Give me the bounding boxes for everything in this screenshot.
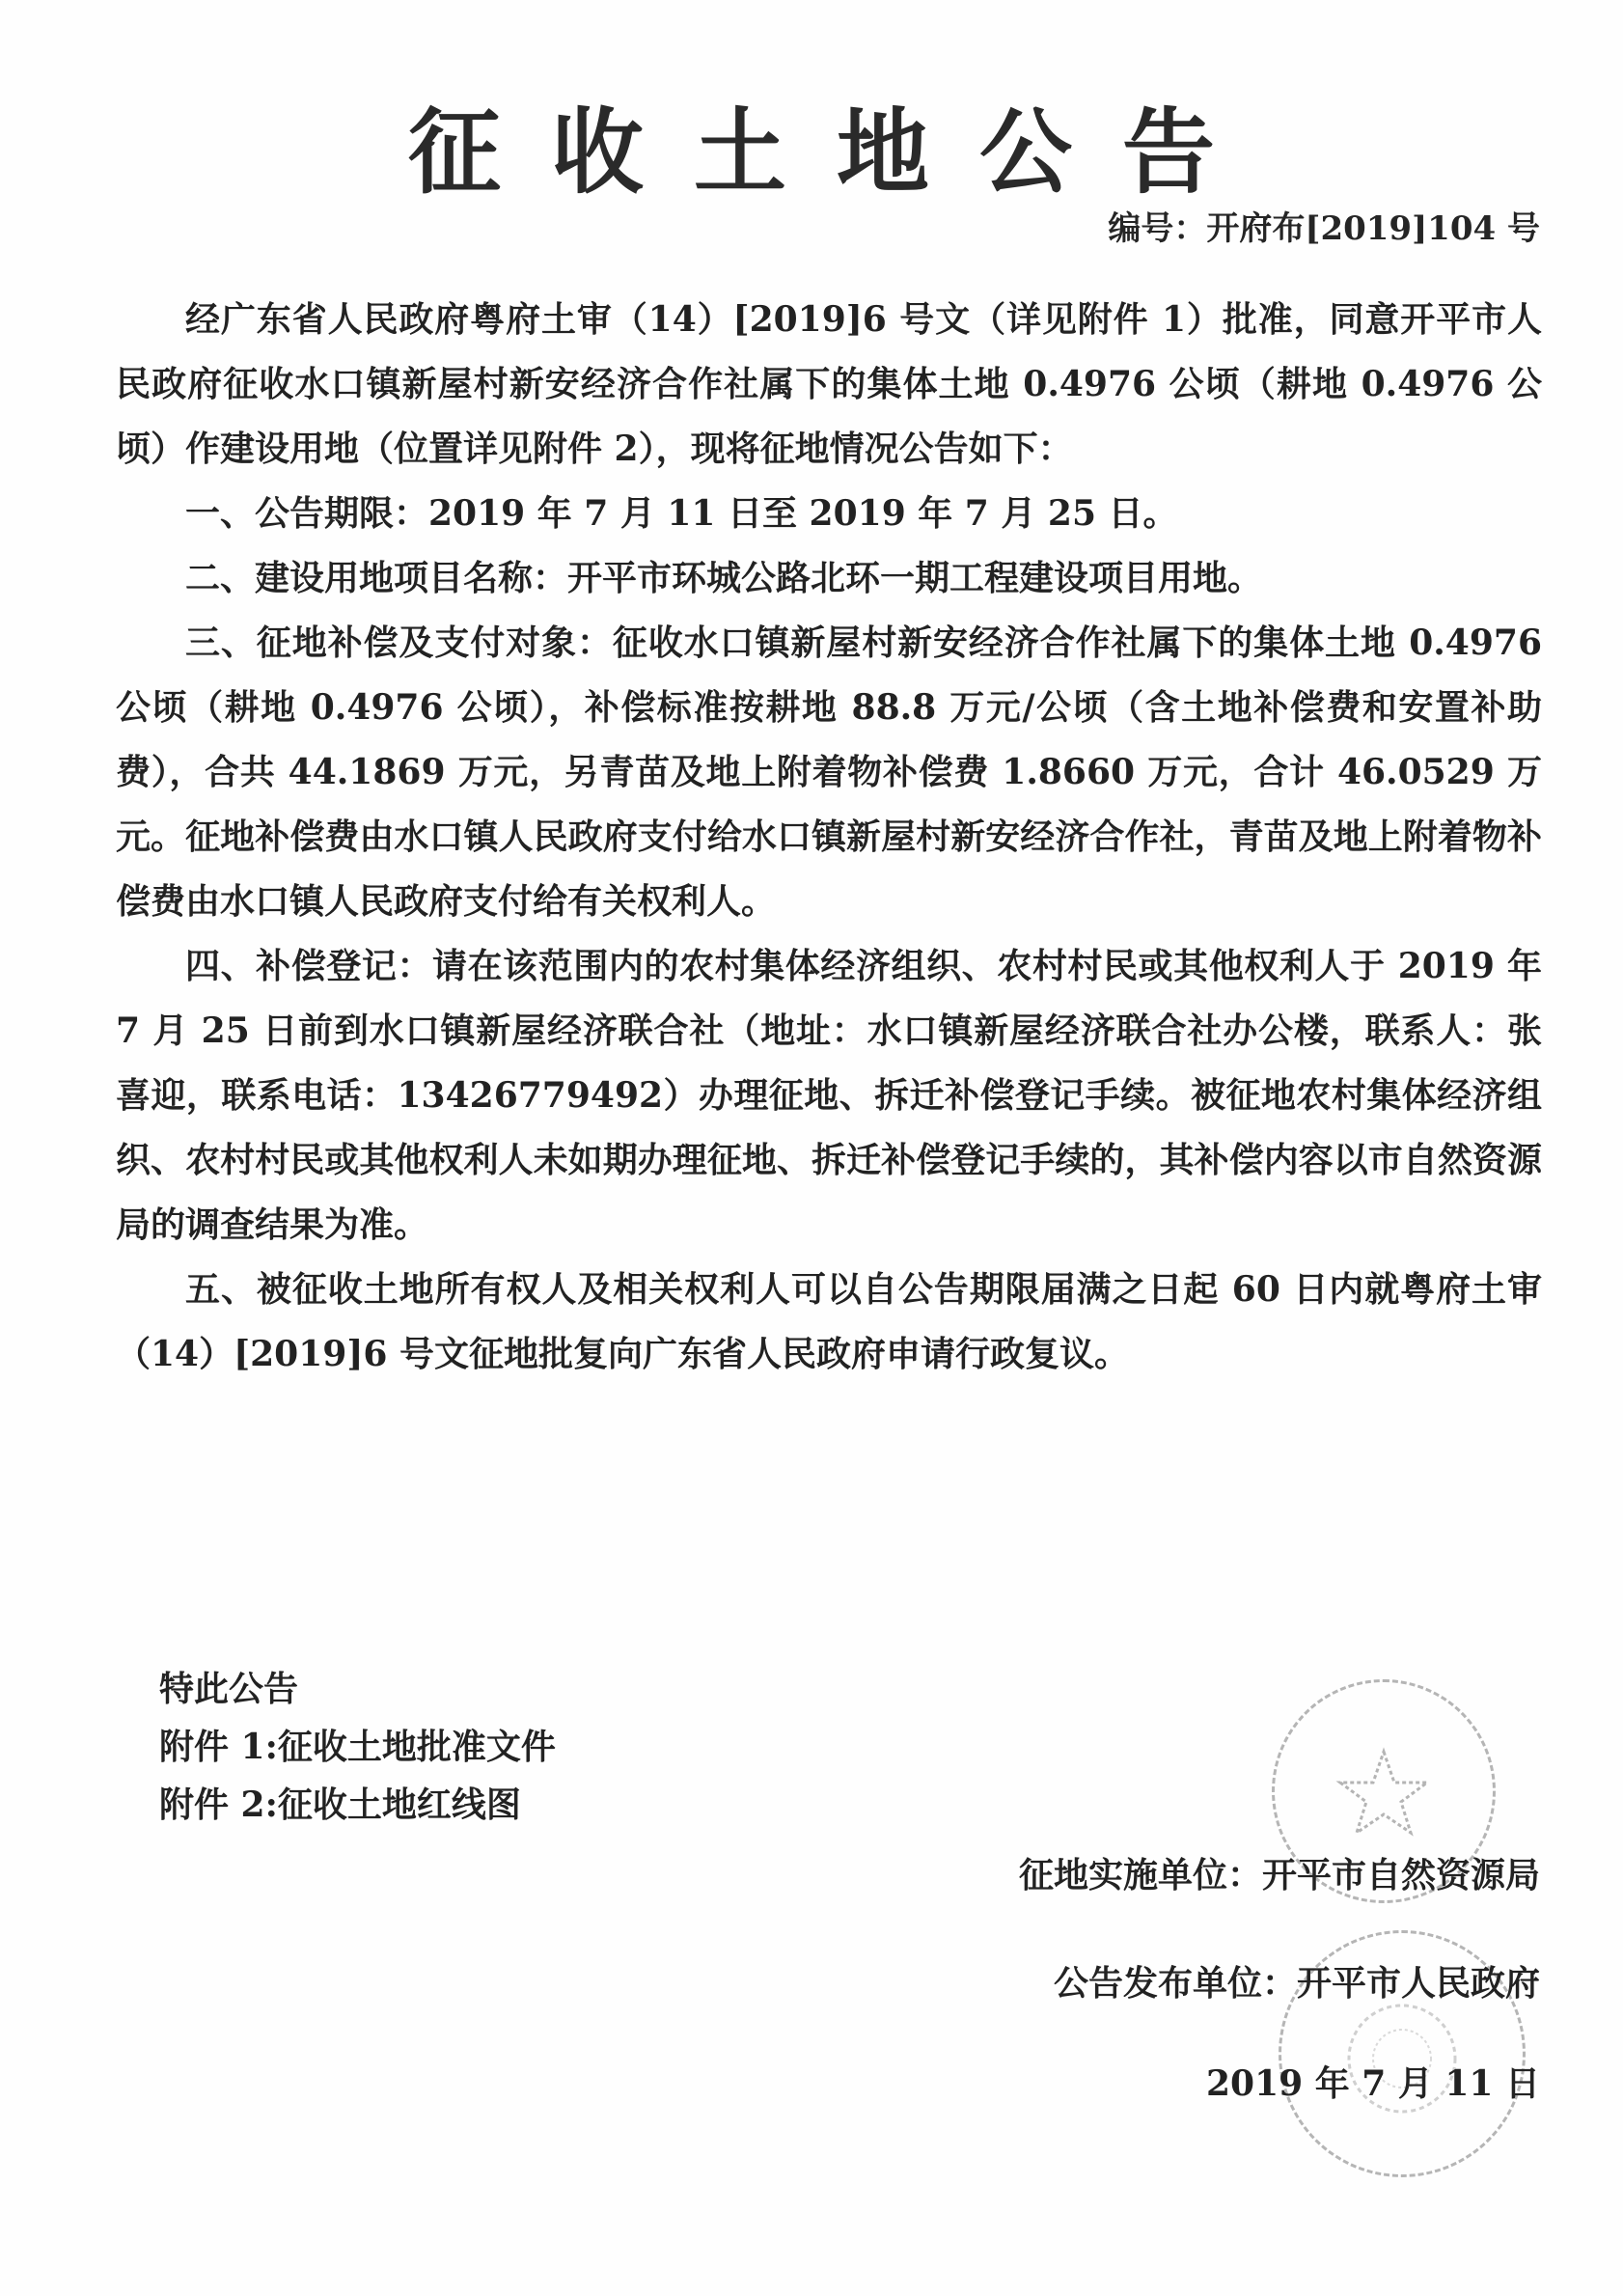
publishing-unit: 公告发布单位：开平市人民政府 bbox=[1054, 1959, 1540, 2007]
attachment-2: 附件 2:征收土地红线图 bbox=[159, 1776, 556, 1834]
paragraph-intro: 经广东省人民政府粤府土审（14）[2019]6 号文（详见附件 1）批准，同意开… bbox=[116, 288, 1542, 482]
closing-statement: 特此公告 bbox=[159, 1660, 556, 1718]
attachment-1: 附件 1:征收土地批准文件 bbox=[159, 1718, 556, 1776]
paragraph-registration: 四、补偿登记：请在该范围内的农村集体经济组织、农村村民或其他权利人于 2019 … bbox=[116, 934, 1542, 1258]
paragraph-compensation: 三、征地补偿及支付对象：征收水口镇新屋村新安经济合作社属下的集体土地 0.497… bbox=[116, 611, 1542, 934]
implementing-unit: 征地实施单位：开平市自然资源局 bbox=[1019, 1851, 1540, 1899]
paragraph-announcement-period: 一、公告期限：2019 年 7 月 11 日至 2019 年 7 月 25 日。 bbox=[116, 482, 1542, 546]
document-title: 征收土地公告 bbox=[0, 95, 1623, 210]
document-number: 编号：开府布[2019]104 号 bbox=[1108, 205, 1540, 253]
paragraph-review-rights: 五、被征收土地所有权人及相关权利人可以自公告期限届满之日起 60 日内就粤府土审… bbox=[116, 1258, 1542, 1387]
document-page: 征收土地公告 编号：开府布[2019]104 号 经广东省人民政府粤府土审（14… bbox=[0, 0, 1623, 2296]
closing-section: 特此公告 附件 1:征收土地批准文件 附件 2:征收土地红线图 bbox=[159, 1660, 556, 1834]
publish-date: 2019 年 7 月 11 日 bbox=[1206, 2060, 1540, 2108]
paragraph-project-name: 二、建设用地项目名称：开平市环城公路北环一期工程建设项目用地。 bbox=[116, 546, 1542, 611]
document-body: 经广东省人民政府粤府土审（14）[2019]6 号文（详见附件 1）批准，同意开… bbox=[116, 288, 1542, 1387]
